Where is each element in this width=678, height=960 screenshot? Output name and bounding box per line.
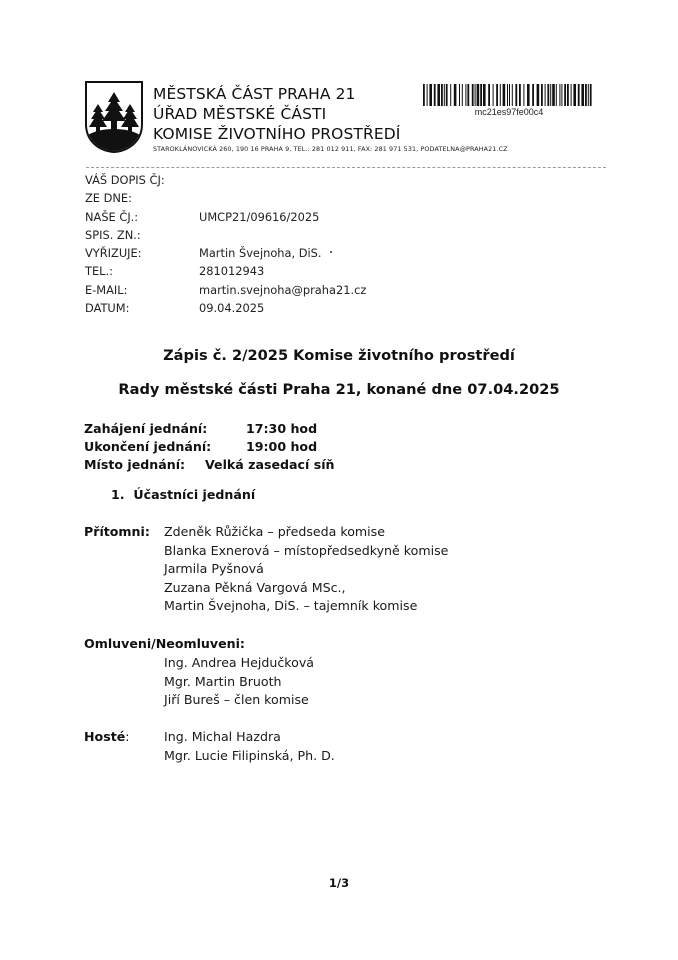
metadata-label: VÁŠ DOPIS ČJ: [85, 171, 165, 189]
barcode-text: mc21es97fe00c4 [423, 107, 595, 117]
participant-name: Ing. Andrea Hejdučková [164, 654, 314, 673]
metadata-label: NAŠE ČJ.: [85, 208, 138, 226]
metadata-label: E-MAIL: [85, 281, 127, 299]
header-committee: KOMISE ŽIVOTNÍHO PROSTŘEDÍ [153, 124, 400, 144]
participant-name: Blanka Exnerová – místopředsedkyně komis… [164, 542, 448, 561]
header-municipality: MĚSTSKÁ ČÁST PRAHA 21 [153, 84, 356, 104]
stray-dot [330, 251, 332, 253]
participant-name: Jarmila Pyšnová [164, 560, 448, 579]
metadata-label: DATUM: [85, 299, 129, 317]
guests-label: Hosté: [84, 729, 130, 744]
section-title: Účastníci jednání [133, 487, 255, 502]
page-number: 1/3 [0, 876, 678, 890]
header-address: STAROKLÁNOVICKÁ 260, 190 16 PRAHA 9, TEL… [153, 145, 508, 153]
present-list: Zdeněk Růžička – předseda komiseBlanka E… [164, 523, 448, 616]
barcode-icon [423, 84, 595, 106]
session-end-label: Ukončení jednání: [84, 438, 211, 456]
participant-name: Mgr. Lucie Filipinská, Ph. D. [164, 747, 335, 766]
document-subtitle: Rady městské části Praha 21, konané dne … [0, 381, 678, 398]
section-number: 1. [111, 487, 129, 502]
header-office: ÚŘAD MĚSTSKÉ ČÁSTI [153, 104, 326, 124]
excused-label: Omluveni/Neomluveni: [84, 636, 245, 651]
participant-name: Mgr. Martin Bruoth [164, 673, 314, 692]
metadata-value: 09.04.2025 [199, 299, 264, 317]
session-start-value: 17:30 hod [246, 420, 317, 438]
guests-label-colon: : [125, 729, 129, 744]
session-place-label: Místo jednání: [84, 456, 185, 474]
metadata-label: ZE DNE: [85, 189, 132, 207]
crest-three-trees-icon [84, 80, 144, 154]
participant-name: Martin Švejnoha, DiS. – tajemník komise [164, 597, 448, 616]
participant-name: Jiří Bureš – člen komise [164, 691, 314, 710]
excused-list: Ing. Andrea HejdučkováMgr. Martin Bruoth… [164, 654, 314, 710]
metadata-value: UMCP21/09616/2025 [199, 208, 319, 226]
metadata-label: SPIS. ZN.: [85, 226, 141, 244]
metadata-label: TEL.: [85, 262, 113, 280]
session-end-value: 19:00 hod [246, 438, 317, 456]
header-divider [86, 167, 606, 168]
metadata-value: Martin Švejnoha, DiS. [199, 244, 322, 262]
metadata-value[interactable]: martin.svejnoha@praha21.cz [199, 281, 366, 299]
participant-name: Ing. Michal Hazdra [164, 728, 335, 747]
participant-name: Zdeněk Růžička – předseda komise [164, 523, 448, 542]
participant-name: Zuzana Pěkná Vargová MSc., [164, 579, 448, 598]
session-start-label: Zahájení jednání: [84, 420, 207, 438]
metadata-label: VYŘIZUJE: [85, 244, 142, 262]
present-label: Přítomni: [84, 524, 150, 539]
session-place-value: Velká zasedací síň [205, 456, 335, 474]
section-heading-participants: 1. Účastníci jednání [111, 487, 255, 502]
guests-label-text: Hosté [84, 729, 125, 744]
metadata-value: 281012943 [199, 262, 264, 280]
guests-list: Ing. Michal HazdraMgr. Lucie Filipinská,… [164, 728, 335, 765]
document-title: Zápis č. 2/2025 Komise životního prostře… [0, 347, 678, 364]
